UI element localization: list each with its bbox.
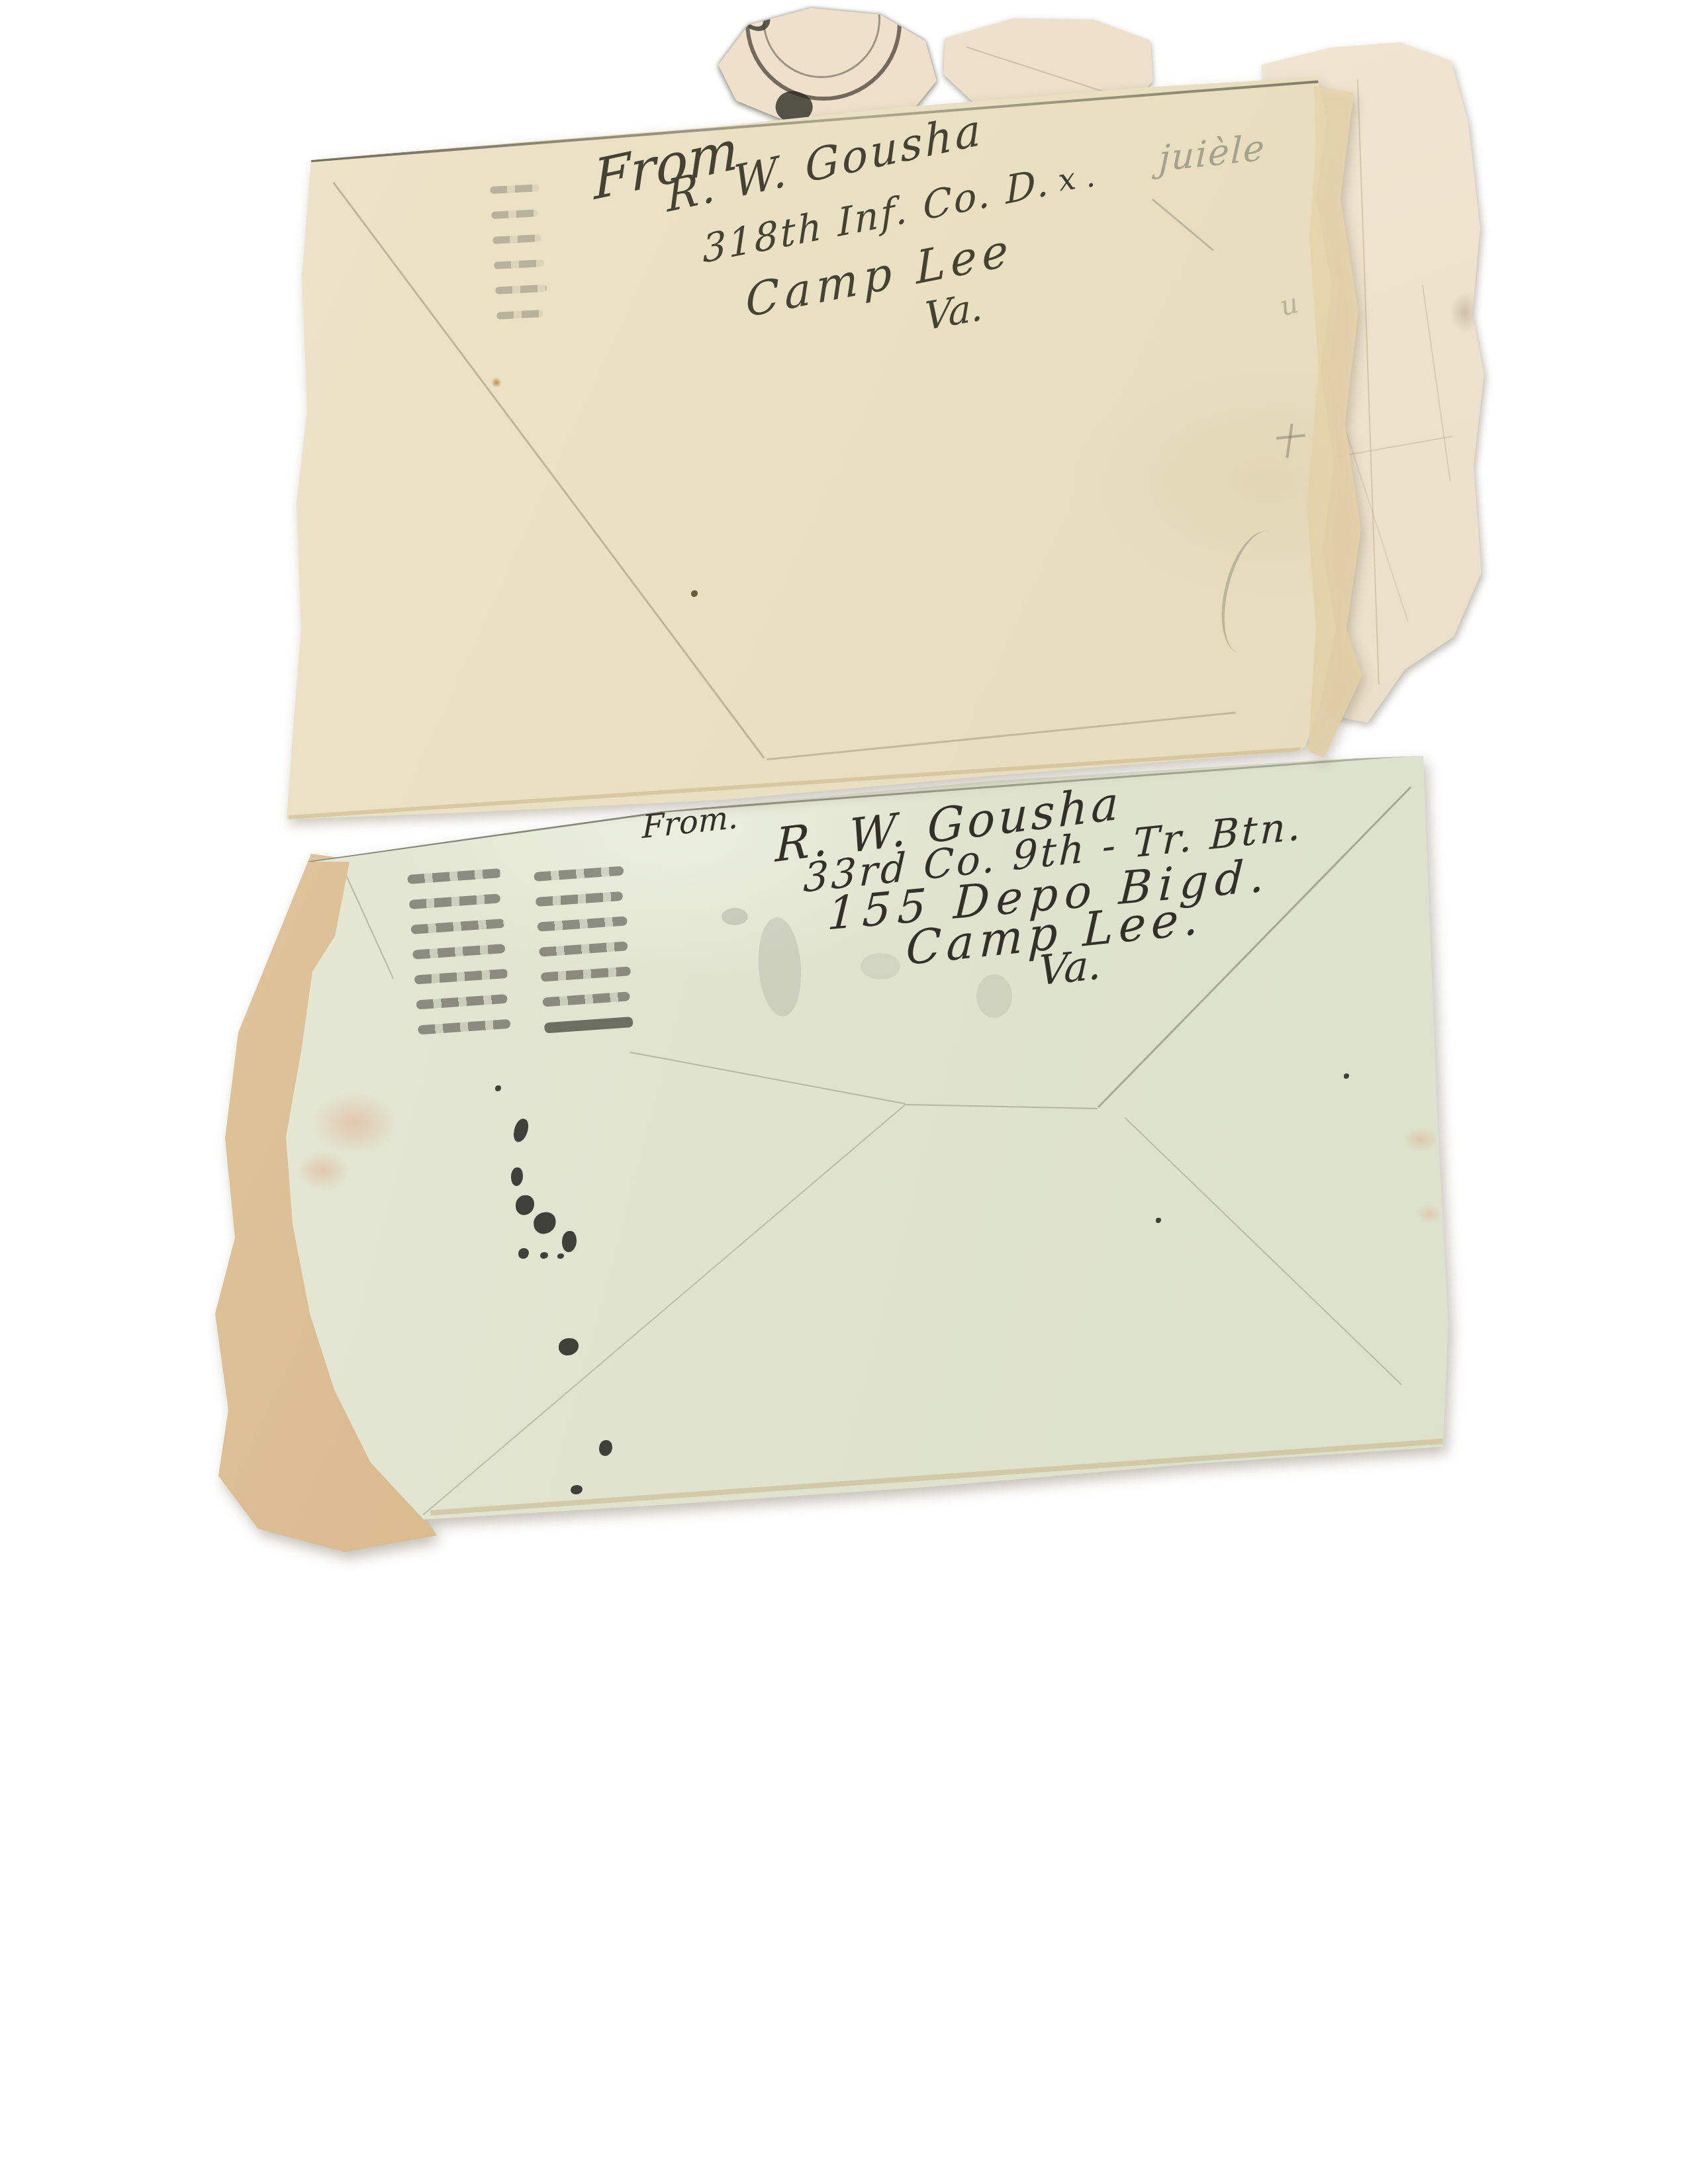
cancel-bar: [496, 310, 543, 320]
ink-blot: [691, 590, 698, 597]
scanned-page: From. R. W. Gousha 33rd Co. 9th - Tr. Bt…: [0, 0, 1688, 2184]
crease-line: [289, 747, 1301, 819]
pencil-scribble: u: [1276, 287, 1302, 322]
top-envelope-face: From R. W. Gousha 318th Inf. Co. D. Camp…: [0, 0, 1688, 2184]
cancel-bar: [492, 234, 541, 244]
cancel-bar: [491, 209, 538, 219]
flap-seam: [333, 182, 765, 758]
pencil-scribble: [1210, 524, 1297, 660]
pencil-scribble: [1152, 199, 1214, 251]
top-envelope: From R. W. Gousha 318th Inf. Co. D. Camp…: [0, 0, 1688, 2184]
pencil-cross: [1286, 424, 1293, 458]
machine-cancel-bars: [490, 184, 548, 320]
cancel-bar: [495, 285, 547, 295]
cancel-bar: [490, 184, 539, 194]
ink-mark: x .: [1056, 158, 1097, 198]
cancel-bar: [494, 259, 544, 269]
flap-seam: [767, 711, 1236, 760]
pencil-note: juièle: [1158, 126, 1266, 180]
brown-spot: [491, 377, 502, 388]
return-address-line: Va.: [924, 283, 983, 339]
